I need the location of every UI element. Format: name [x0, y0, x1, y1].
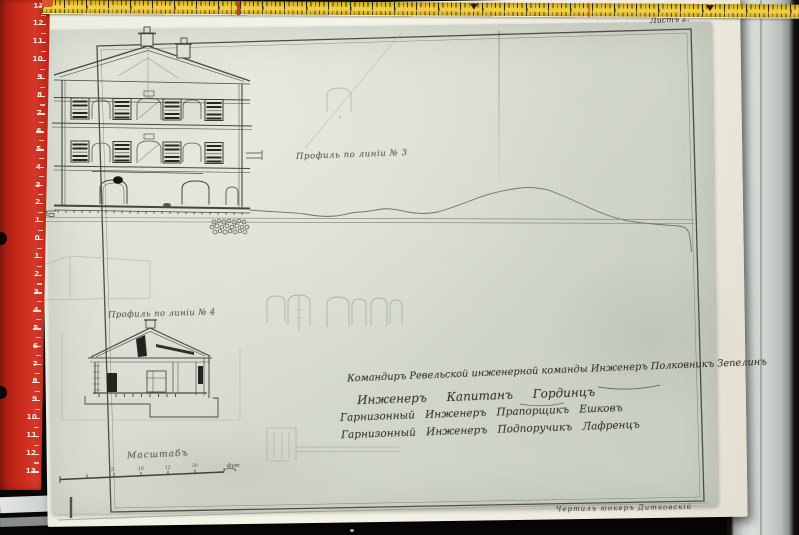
tape-arrow-marker	[470, 4, 478, 10]
tape-red-mark	[237, 1, 240, 15]
ruler-tick	[38, 60, 46, 61]
ruler-tick	[32, 382, 40, 383]
ruler-tick	[37, 113, 45, 114]
ruler-tick	[33, 346, 41, 347]
ruler-tick	[36, 319, 41, 320]
ruler-tick	[33, 364, 41, 365]
ruler-tick	[37, 248, 42, 249]
tape-end-clip	[42, 0, 53, 7]
terrain-profile	[46, 188, 694, 252]
tape-red-mark	[588, 3, 590, 17]
arcade-sketch	[267, 294, 402, 331]
rubble-hatch	[210, 219, 249, 234]
ruler-tick	[34, 462, 39, 463]
ruler-tick	[34, 275, 42, 276]
ruler-tick	[31, 436, 39, 437]
ruler-tick	[36, 355, 41, 356]
ruler-tick	[39, 158, 44, 159]
ruler-tick	[35, 373, 40, 374]
ruler-tick	[36, 167, 44, 168]
ruler-tick	[37, 283, 42, 284]
ruler-tick	[34, 292, 42, 293]
ruler-tick	[41, 33, 46, 34]
ruler-tick	[35, 239, 43, 240]
ruler-tick	[33, 328, 41, 329]
tape-red-mark	[231, 1, 232, 15]
tape-arrow-marker	[706, 5, 714, 11]
ruler-tick	[35, 391, 40, 392]
building-section	[85, 320, 218, 417]
ruler-tick	[38, 42, 46, 43]
dust-speck	[350, 529, 354, 532]
ruler-tick	[36, 149, 44, 150]
ruler-tick	[40, 87, 45, 88]
architectural-drawing-svg	[0, 0, 799, 535]
ruler-tick	[40, 69, 45, 70]
ruler-tick	[32, 400, 40, 401]
ruler-tick	[34, 427, 39, 428]
ruler-tick	[37, 266, 42, 267]
ruler-tick	[40, 104, 45, 105]
ruler-tick	[31, 471, 39, 472]
ruler-tick	[34, 257, 42, 258]
scale-tick-label: 15	[165, 466, 171, 471]
ruler-tick	[35, 185, 43, 186]
ruler-tick	[34, 445, 39, 446]
ruler-tick	[35, 409, 40, 410]
ruler-tick	[32, 418, 40, 419]
ruler-tick	[41, 15, 46, 16]
ruler-tick	[38, 24, 46, 25]
ruler-tick	[31, 454, 39, 455]
ruler-tick	[36, 337, 41, 338]
pencil-sketches	[34, 32, 402, 420]
ruler-tick	[38, 230, 43, 231]
scale-tick-label: 5	[111, 468, 114, 473]
photo-of-archival-drawing: Листъ 2. Профиль по линіи № 3 Профиль по…	[0, 0, 799, 535]
ruler-tick	[39, 176, 44, 177]
ruler-tick	[39, 140, 44, 141]
ruler-tick	[36, 131, 44, 132]
ruler-tick	[38, 194, 43, 195]
ruler-tick	[41, 51, 46, 52]
ruler-tick	[35, 203, 43, 204]
ruler-tick	[35, 221, 43, 222]
scale-unit-label: фут	[227, 463, 240, 469]
ruler-tick	[37, 301, 42, 302]
ruler-tick	[37, 96, 45, 97]
ruler-tick	[37, 78, 45, 79]
building-elevation	[40, 27, 262, 217]
ruler-tick	[38, 212, 43, 213]
scale-tick-label: 10	[138, 467, 144, 472]
scale-tick-label: 20	[192, 464, 198, 469]
ruler-tick	[33, 310, 41, 311]
ruler-tick	[39, 122, 44, 123]
ink-frame	[97, 29, 704, 512]
scale-bar	[60, 468, 236, 483]
